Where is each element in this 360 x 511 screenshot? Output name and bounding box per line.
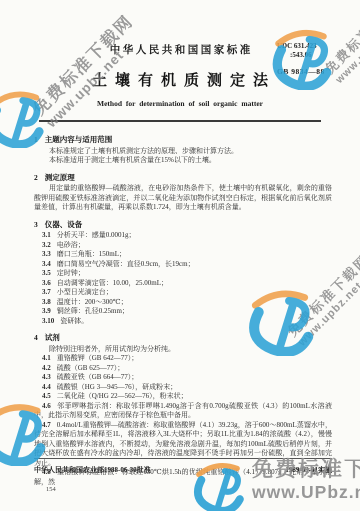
list-item: 3.1分析天平：感量0.0001g；: [42, 231, 332, 241]
paragraph: 本标准适用于测定土壤有机质含量在15%以下的土壤。: [34, 156, 332, 166]
udc-number: UDC 631.423: [277, 42, 325, 51]
section-number: 4: [34, 333, 38, 342]
paragraph: 用定量的重铬酸钾—硫酸溶液，在电砂浴加热条件下，使土壤中的有机碳氧化，剩余的重铬…: [34, 184, 332, 213]
list-item: 3.2电砂浴；: [42, 241, 332, 251]
section-1-heading: 1主题内容与适用范围: [34, 135, 332, 145]
section-2-heading: 2测定原理: [34, 173, 332, 183]
document-title-en: Method for determination of soil organic…: [0, 99, 360, 108]
list-item: 3.10瓷研钵。: [42, 317, 332, 327]
page-number: 154: [46, 486, 56, 493]
list-item: 3.7小型日光滴定台；: [42, 288, 332, 298]
list-item: 3.4磨口简易空气冷凝管：直径0.9cm，长19cm；: [42, 260, 332, 270]
document-page: 免费标准下载网 www.upbz.net 免费标准下载网 www.upbz.ne…: [0, 0, 360, 511]
paragraph: 除特别注明者外，所用试剂均为分析纯。: [34, 345, 332, 355]
udc-block: UDC 631.423 :543.06 GB 9834—88: [277, 42, 325, 76]
section-number: 3: [34, 220, 38, 229]
list-item: 4.2硫酸（GB 625—77）；: [42, 364, 332, 374]
document-body: 1主题内容与适用范围 本标准规定了土壤有机质测定方法的原理、步骤和计算方法。 本…: [0, 122, 360, 487]
section-title: 测定原理: [45, 173, 75, 182]
list-item: 4.6邻菲啰啉指示剂：称取邻菲啰啉1.490g溶于含有0.700g硫酸亚铁（4.…: [34, 402, 332, 421]
list-item: 3.6自动调零滴定管：10.00，25.00mL；: [42, 279, 332, 289]
section-title: 试剂: [45, 333, 60, 342]
list-item: 3.8温度计：200～300℃；: [42, 298, 332, 308]
list-item: 3.5定时钟；: [42, 269, 332, 279]
list-item: 4.3硫酸亚铁（GB 664—77）；: [42, 373, 332, 383]
paragraph: 本标准规定了土壤有机质测定方法的原理、步骤和计算方法。: [34, 147, 332, 157]
section-number: 2: [34, 173, 38, 182]
approval-note: 中华人民共和国农业部1988-06-30批准: [34, 465, 151, 475]
section-title: 主题内容与适用范围: [45, 135, 113, 144]
standard-number: GB 9834—88: [277, 67, 325, 76]
list-item: 4.4硫酸银（HG 3—945—76），研成粉末；: [42, 383, 332, 393]
list-item: 3.3磨口三角瓶：150mL；: [42, 250, 332, 260]
section-title: 仪器、设备: [45, 220, 83, 229]
implementation-date: 1989-03-01实施: [285, 465, 332, 475]
list-item: 4.5二氧化硅（Q/HG 22—562—76），粉末状；: [42, 392, 332, 402]
section-number: 1: [34, 135, 38, 144]
list-item: 4.1重铬酸钾（GB 642—77）；: [42, 354, 332, 364]
document-footer: 中华人民共和国农业部1988-06-30批准 1989-03-01实施: [34, 458, 332, 475]
udc-sub-number: :543.06: [277, 51, 325, 60]
section-4-heading: 4试剂: [34, 333, 332, 343]
footer-rule: [34, 458, 332, 459]
list-item: 3.9铜丝筛：孔径0.25mm；: [42, 307, 332, 317]
document-header: UDC 631.423 :543.06 GB 9834—88 中华人民共和国国家…: [0, 0, 360, 122]
section-3-heading: 3仪器、设备: [34, 220, 332, 230]
